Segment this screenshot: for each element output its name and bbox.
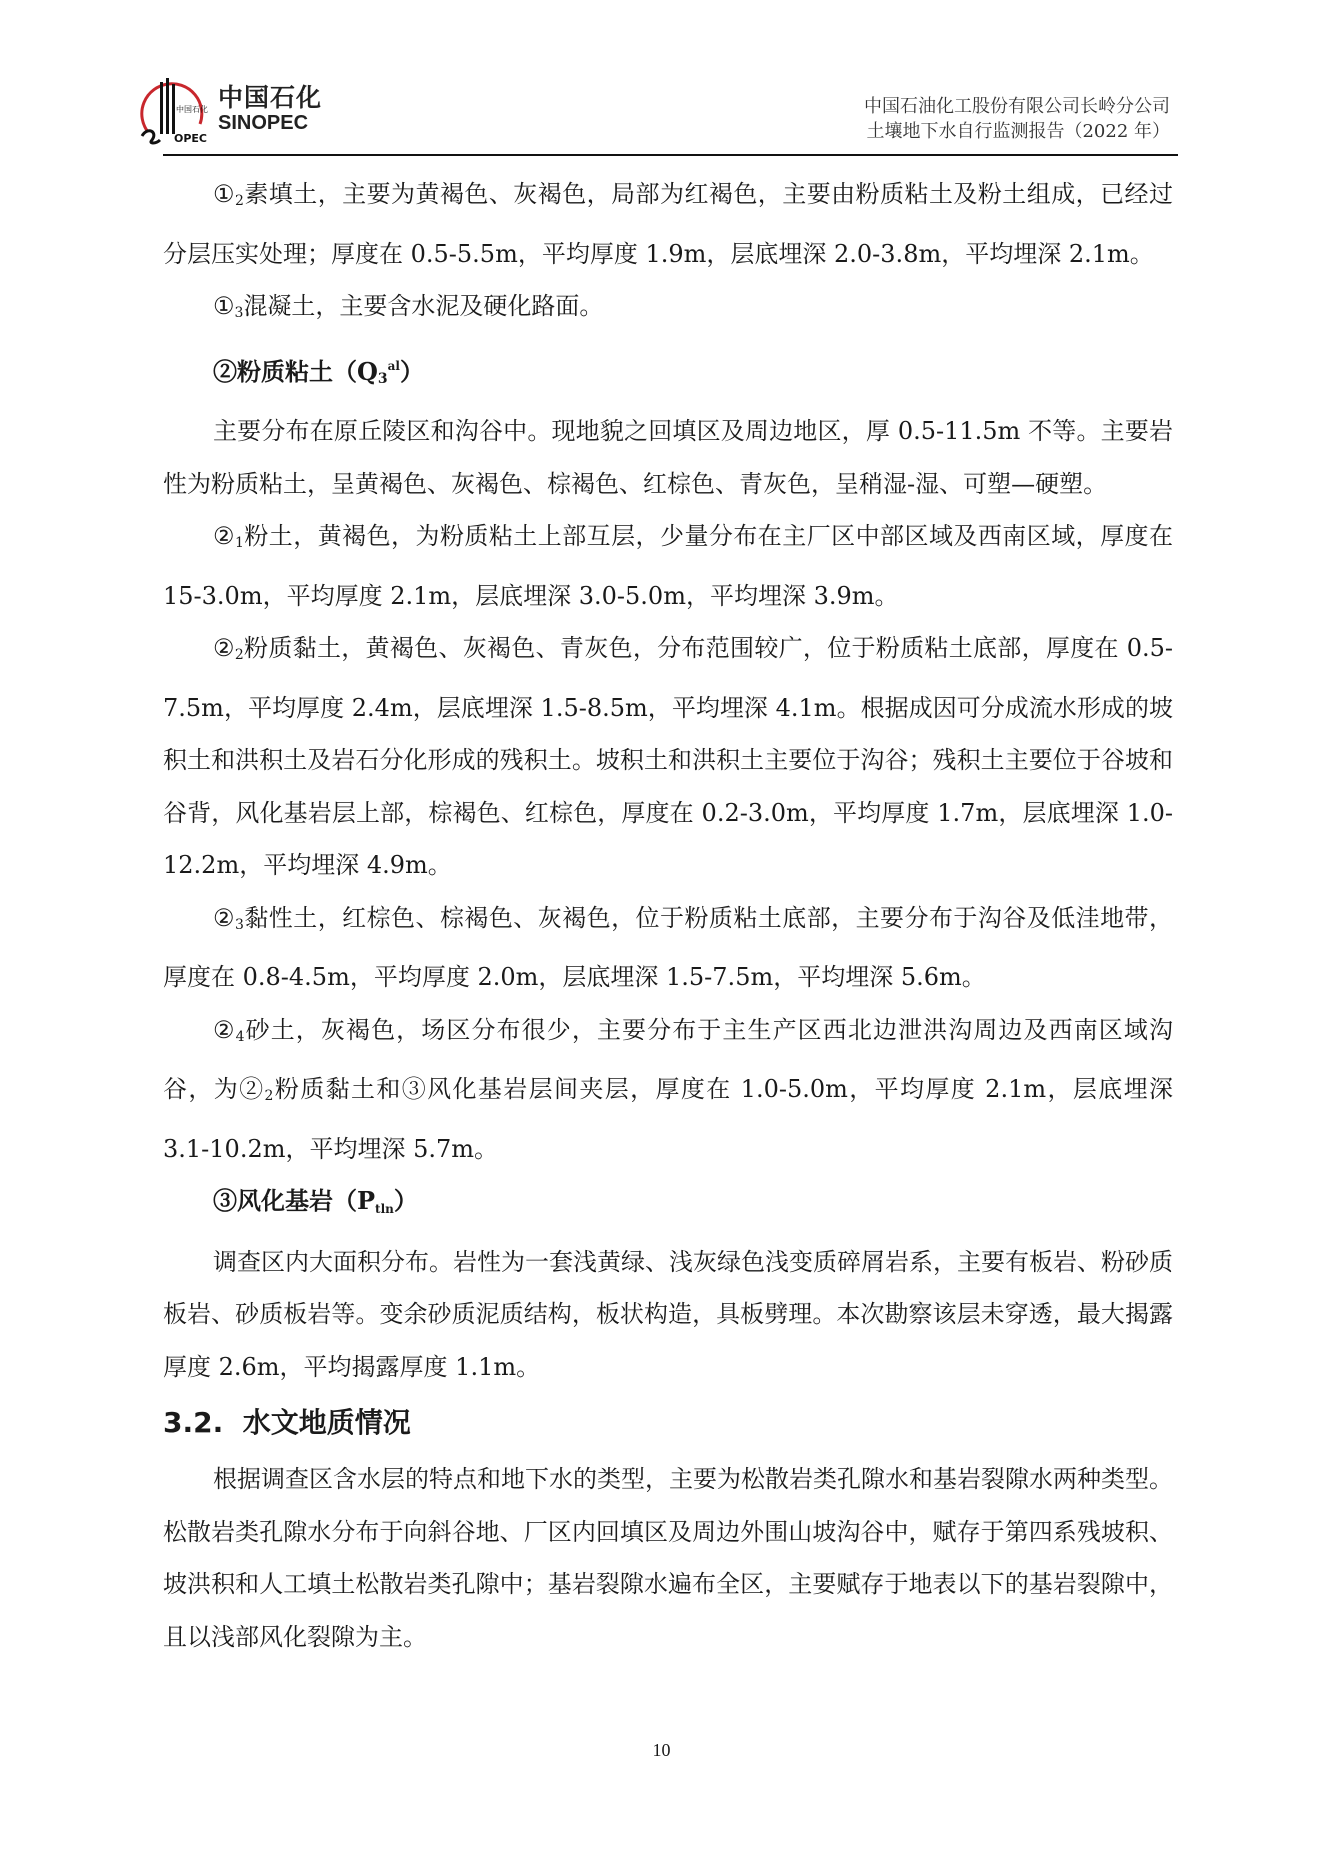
heading-silty-clay: ②粉质粘土（Q3al） — [163, 340, 1173, 406]
brand-name-cn: 中国石化 — [218, 84, 322, 112]
paragraph-cohesive-soil: ②3黏性土，红棕色、棕褐色、灰褐色，位于粉质粘土底部，主要分布于沟谷及低洼地带，… — [163, 892, 1173, 1004]
heading-weathered-bedrock: ③风化基岩（Ptln） — [163, 1175, 1173, 1236]
page-body: ①2素填土，主要为黄褐色、灰褐色，局部为红褐色，主要由粉质粘土及粉土组成，已经过… — [163, 168, 1173, 1663]
page-number: 10 — [0, 1740, 1323, 1761]
brand-name-en: SINOPEC — [218, 112, 322, 134]
svg-text:中国石化: 中国石化 — [176, 104, 208, 114]
paragraph-hydrogeology: 根据调查区含水层的特点和地下水的类型，主要为松散岩类孔隙水和基岩裂隙水两种类型。… — [163, 1453, 1173, 1663]
page-header: 中国石化 OPEC 中国石化 SINOPEC 中国石油化工股份有限公司长岭分公司… — [133, 68, 1178, 156]
paragraph-silty-clay-2: ②2粉质黏土，黄褐色、灰褐色、青灰色，分布范围较广，位于粉质粘土底部，厚度在 0… — [163, 622, 1173, 892]
report-title-block: 中国石油化工股份有限公司长岭分公司 土壤地下水自行监测报告（2022 年） — [864, 94, 1170, 144]
paragraph-sandy-soil: ②4砂土，灰褐色，场区分布很少，主要分布于主生产区西北边泄洪沟周边及西南区域沟谷… — [163, 1004, 1173, 1176]
brand: 中国石化 SINOPEC — [218, 84, 322, 134]
svg-text:OPEC: OPEC — [174, 132, 207, 145]
header-divider — [163, 154, 1178, 156]
paragraph-plain-fill: ①2素填土，主要为黄褐色、灰褐色，局部为红褐色，主要由粉质粘土及粉土组成，已经过… — [163, 168, 1173, 280]
paragraph-bedrock: 调查区内大面积分布。岩性为一套浅黄绿、浅灰绿色浅变质碎屑岩系，主要有板岩、粉砂质… — [163, 1236, 1173, 1394]
sinopec-logo-icon: 中国石化 OPEC — [138, 74, 208, 146]
section-heading: 3.2. 水文地质情况 — [163, 1393, 1173, 1453]
paragraph-concrete: ①3混凝土，主要含水泥及硬化路面。 — [163, 280, 1173, 340]
paragraph-silt: ②1粉土，黄褐色，为粉质粘土上部互层，少量分布在主厂区中部区域及西南区域，厚度在… — [163, 510, 1173, 622]
company-name: 中国石油化工股份有限公司长岭分公司 — [864, 94, 1170, 119]
paragraph-silty-clay: 主要分布在原丘陵区和沟谷中。现地貌之回填区及周边地区，厚 0.5-11.5m 不… — [163, 405, 1173, 510]
report-title: 土壤地下水自行监测报告（2022 年） — [864, 119, 1170, 144]
